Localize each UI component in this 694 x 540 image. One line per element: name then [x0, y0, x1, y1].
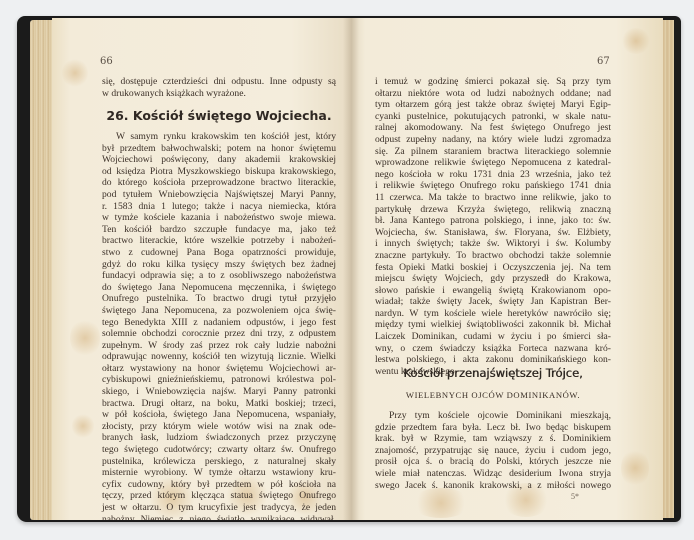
text-line: bractwo literackie, które wszelkie potrz…: [102, 235, 336, 247]
page-number: 67: [597, 56, 610, 67]
section-heading: 26. Kościół świętego Wojciecha.: [102, 108, 336, 123]
text-line: ralnej akomodowany. Na fest świętego Onu…: [375, 122, 611, 134]
text-line: Wojciecha, św. Stanisława, św. Floryana,…: [375, 227, 611, 239]
text-line: i relikwie świętego Onufrego roku pański…: [375, 180, 611, 192]
text-line: tego Benedykta XIII z nadaniem odpustów,…: [102, 317, 336, 329]
text-line: nardyn. W tym kościele wiele heretyków n…: [375, 308, 611, 320]
text-line: znajomość, przypatrując się nauce, życiu…: [375, 445, 611, 457]
text-line: bractwa. Drugi ołtarz, na boku, Matki bo…: [102, 398, 336, 410]
signature-mark: 5*: [571, 492, 579, 501]
text-line: znaczne partykuły. To bractwo obchodzi t…: [375, 250, 611, 262]
text-line: od księdza Piotra Myszkowskiego biskupa …: [102, 166, 336, 178]
text-line: i temuż w godzinę śmierci pokazał się. S…: [375, 76, 611, 88]
text-line: bł. Jana Kantego patrona polskiego, i in…: [375, 215, 611, 227]
left-page: 66 się, dostępuje czterdzieści dni odpus…: [52, 18, 351, 520]
text-line: tego świętego cudotwórcy; czwarty ołtarz…: [102, 444, 336, 456]
text-line: miejscu święty Wojciech, gdy przyszedł d…: [375, 273, 611, 285]
paper-stain: [411, 488, 471, 518]
text-line: Ten kościół bardzo szczupłe fundacye ma,…: [102, 224, 336, 236]
paper-stain: [70, 318, 100, 358]
paper-stain: [62, 58, 88, 88]
body-paragraph: i temuż w godzinę śmierci pokazał się. S…: [375, 76, 611, 377]
text-line: nabożny Niemiec z niego światło wynikają…: [102, 514, 336, 520]
page-number: 66: [100, 56, 113, 67]
text-line: zupełnym. W środy zaś przez rok cały lud…: [102, 340, 336, 352]
text-line: cybiskupowi gnieźnieńskiemu, patronowi k…: [102, 374, 336, 386]
text-line: świętego Jana Nepomucena, za pozwoleniem…: [102, 305, 336, 317]
text-line: krak. był w Rzymie, tam wziąwszy z ś. Do…: [375, 433, 611, 445]
text-line: pustelnika, królewicza perskiego, z natu…: [102, 456, 336, 468]
text-line: jest w ołtarzu. O tym krucyfixie jest tr…: [102, 502, 336, 514]
paper-stain: [621, 28, 651, 54]
text-line: ołtarzu niektóre wota od ludzi nabożnych…: [375, 88, 611, 100]
section-subheading: WIELEBNYCH OJCÓW DOMINIKANÓW.: [375, 390, 611, 400]
text-line: stwo z cudownej Pana Boga opatrzności pr…: [102, 247, 336, 259]
text-line: W samym rynku krakowskim ten kościół jes…: [102, 131, 336, 143]
text-line: odpust zupełny nadany, na który wiele lu…: [375, 134, 611, 146]
text-line: złocisty, przy którym wiele wotów wisi n…: [102, 421, 336, 433]
text-line: gdzie przedtem fara była. Lecz bł. Iwo b…: [375, 422, 611, 434]
paper-stain: [621, 448, 649, 488]
text-line: misternie wyrobiony. W tymże ołtarzu wst…: [102, 467, 336, 479]
text-line: branych łask, ludziom świadczonych przez…: [102, 432, 336, 444]
text-line: słowo pańskie i ewangelią świętą Krakowi…: [375, 285, 611, 297]
text-line: r. 1583 dnia 1 lutego; także i nacya nie…: [102, 201, 336, 213]
paper-stain: [72, 413, 94, 439]
text-line: w pół kościoła, świętego Jana Nepomucena…: [102, 409, 336, 421]
text-line: między tymi wielkiej świątobliwości zako…: [375, 319, 611, 331]
text-line: Onufrego pustelnika. To bractwo drugi ty…: [102, 293, 336, 305]
text-line: lestwa polskiego, i akta zakonu dominika…: [375, 354, 611, 366]
text-line: fundacyi odprawia się; a to z osobliwsze…: [102, 270, 336, 282]
right-page: 67 i temuż w godzinę śmierci pokazał się…: [351, 18, 663, 520]
section-paragraph: Przy tym kościele ojcowie Dominikani mie…: [375, 410, 611, 491]
text-line: solemnie obchodzi corocznie przez dni tr…: [102, 328, 336, 340]
text-line: w tymże kościele kazania i nabożeństwo s…: [102, 212, 336, 224]
intro-paragraph: się, dostępuje czterdzieści dni odpustu.…: [102, 76, 336, 99]
text-line: nego kościoła w roku 1731 dnia 23 wrześn…: [375, 169, 611, 181]
text-line: był przedtem bałwochwalski; potem na hon…: [102, 143, 336, 155]
text-line: swego Jacek ś. kanonik krakowski, a z mi…: [375, 480, 611, 492]
text-line: Laiczek Dominikan, cudami w życiu i po ś…: [375, 331, 611, 343]
text-line: wiadał; także święty Jacek, święty Jan K…: [375, 296, 611, 308]
text-line: odprawując nowenny, kościół ten wizytują…: [102, 351, 336, 363]
text-line: do świętego Jana Nepomucena męczennika, …: [102, 282, 336, 294]
body-paragraph: W samym rynku krakowskim ten kościół jes…: [102, 131, 336, 520]
text-line: ołtarz wystawiony na honor świętemu Wojc…: [102, 363, 336, 375]
text-line: pod tytułem Wniebowzięcia Najświętszej M…: [102, 189, 336, 201]
text-line: w drukowanych książkach wyrażone.: [102, 88, 336, 100]
text-line: partykułę drzewa Krzyża świętego, relikw…: [375, 204, 611, 216]
section-heading: Kościół przenajświętszej Trójce,: [375, 366, 611, 380]
text-line: do którego kościoła przeprowadzone bract…: [102, 177, 336, 189]
text-line: Przy tym kościele ojcowie Dominikani mie…: [375, 410, 611, 422]
text-line: Wojciechowi poświęcony, dany akademii kr…: [102, 154, 336, 166]
text-line: skiego, i Wniebowzięcia najśw. Maryi Pan…: [102, 386, 336, 398]
text-line: cyfix cudowny, który był przedtem w pół …: [102, 479, 336, 491]
text-line: się, dostępuje czterdzieści dni odpustu.…: [102, 76, 336, 88]
text-line: tęczy, przed którym klęcząca statua świę…: [102, 490, 336, 502]
text-line: się. Za pilnem staraniem bractwa literac…: [375, 146, 611, 158]
text-line: wprowadzone relikwie świętego Nepomucena…: [375, 157, 611, 169]
text-line: festa Opieki Matki boskiej i Oczyszczeni…: [375, 262, 611, 274]
text-line: prosił ojca ś. o bracią do Polski, który…: [375, 456, 611, 468]
text-line: i innych świętych; także św. Wiktoryi i …: [375, 238, 611, 250]
text-line: wny, o czem świadczy książka Forteca naz…: [375, 343, 611, 355]
text-line: wiele miał natenczas. Widząc desiderium …: [375, 468, 611, 480]
text-line: cyanki pustelnice, pokutujących patronki…: [375, 111, 611, 123]
text-line: gdyż do roku kilka tysięcy mszy świętych…: [102, 259, 336, 271]
text-line: tym ołtarzem górą jest także obraz święt…: [375, 99, 611, 111]
text-line: 11 czerwca. Ma także to bractwo inne rel…: [375, 192, 611, 204]
